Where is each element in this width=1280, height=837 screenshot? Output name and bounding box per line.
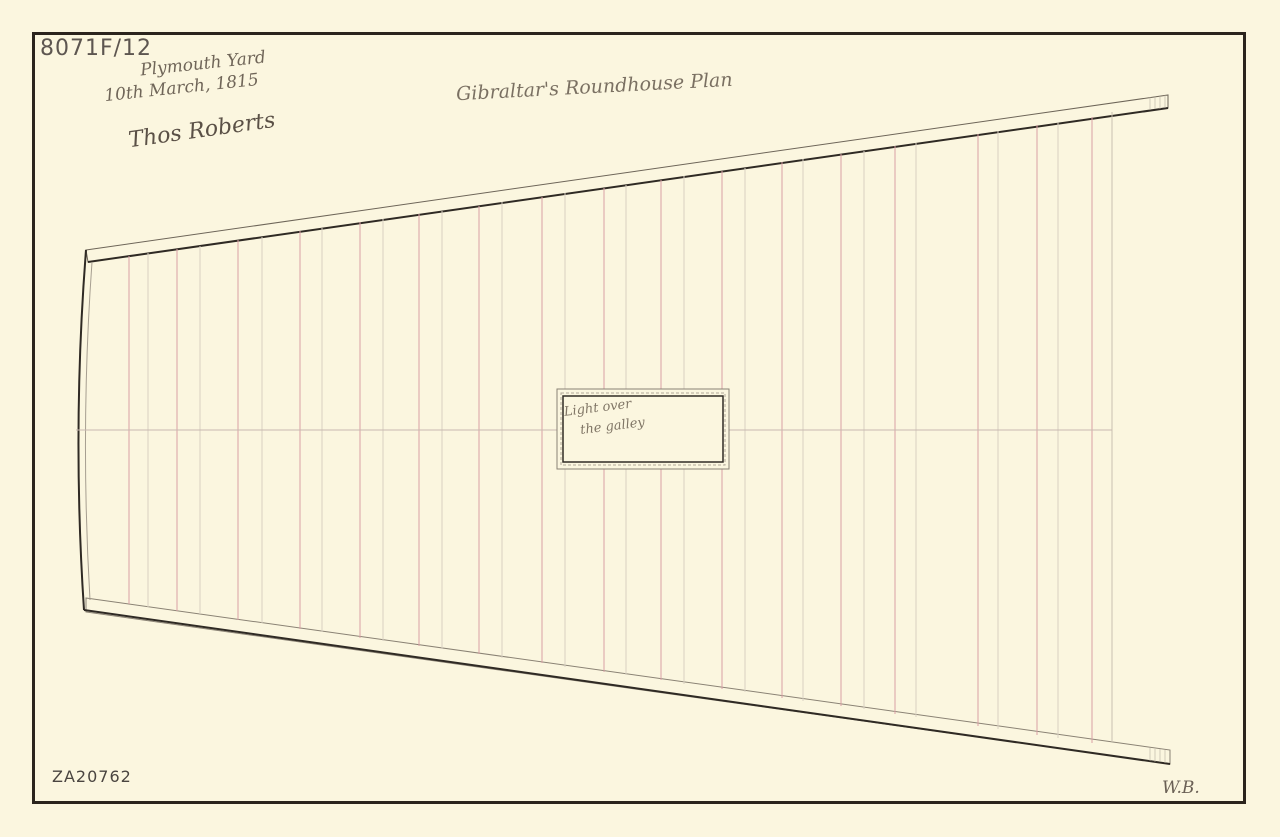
reference-number: 8071F/12 (40, 36, 152, 61)
initials: W.B. (1162, 778, 1200, 798)
end-hatching (1150, 95, 1165, 763)
catalog-number: ZA20762 (52, 767, 132, 786)
